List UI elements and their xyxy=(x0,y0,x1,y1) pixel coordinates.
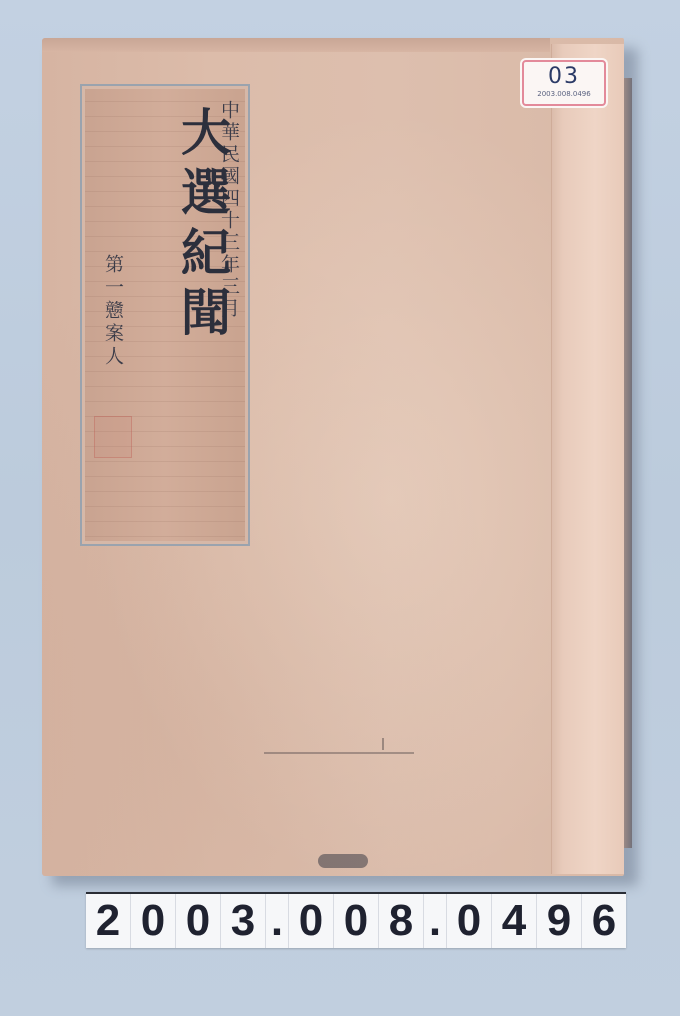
accession-digit: 3 xyxy=(221,894,266,948)
book-spine xyxy=(551,44,624,874)
accession-number-strip: 2 0 0 3 . 0 0 8 . 0 4 9 6 xyxy=(86,892,626,948)
accession-digit: 6 xyxy=(582,894,626,948)
ink-stain xyxy=(318,854,368,868)
pencil-mark-line xyxy=(264,752,414,754)
accession-digit: 0 xyxy=(447,894,492,948)
accession-digit: 8 xyxy=(379,894,424,948)
title-label: 中華民國四十三年三月 大選紀聞 第一戆案人 xyxy=(80,84,250,546)
red-seal-stamp xyxy=(94,416,132,458)
accession-digit: 9 xyxy=(537,894,582,948)
catalog-tag: 03 2003.008.0496 xyxy=(522,60,606,106)
catalog-tag-number: 03 xyxy=(524,64,604,89)
book-top-edge xyxy=(42,38,550,52)
accession-digit: 2 xyxy=(86,894,131,948)
accession-digit: 0 xyxy=(334,894,379,948)
accession-separator: . xyxy=(266,894,289,948)
accession-digit: 4 xyxy=(492,894,537,948)
accession-digit: 0 xyxy=(131,894,176,948)
catalog-tag-subtext: 2003.008.0496 xyxy=(524,90,604,98)
book-title: 大選紀聞 xyxy=(172,106,232,346)
accession-separator: . xyxy=(424,894,447,948)
book-cover: 中華民國四十三年三月 大選紀聞 第一戆案人 xyxy=(42,38,624,876)
accession-digit: 0 xyxy=(289,894,334,948)
pencil-mark-tick xyxy=(382,738,384,750)
book-page-edge xyxy=(624,78,632,848)
title-author: 第一戆案人 xyxy=(96,254,124,369)
accession-digit: 0 xyxy=(176,894,221,948)
